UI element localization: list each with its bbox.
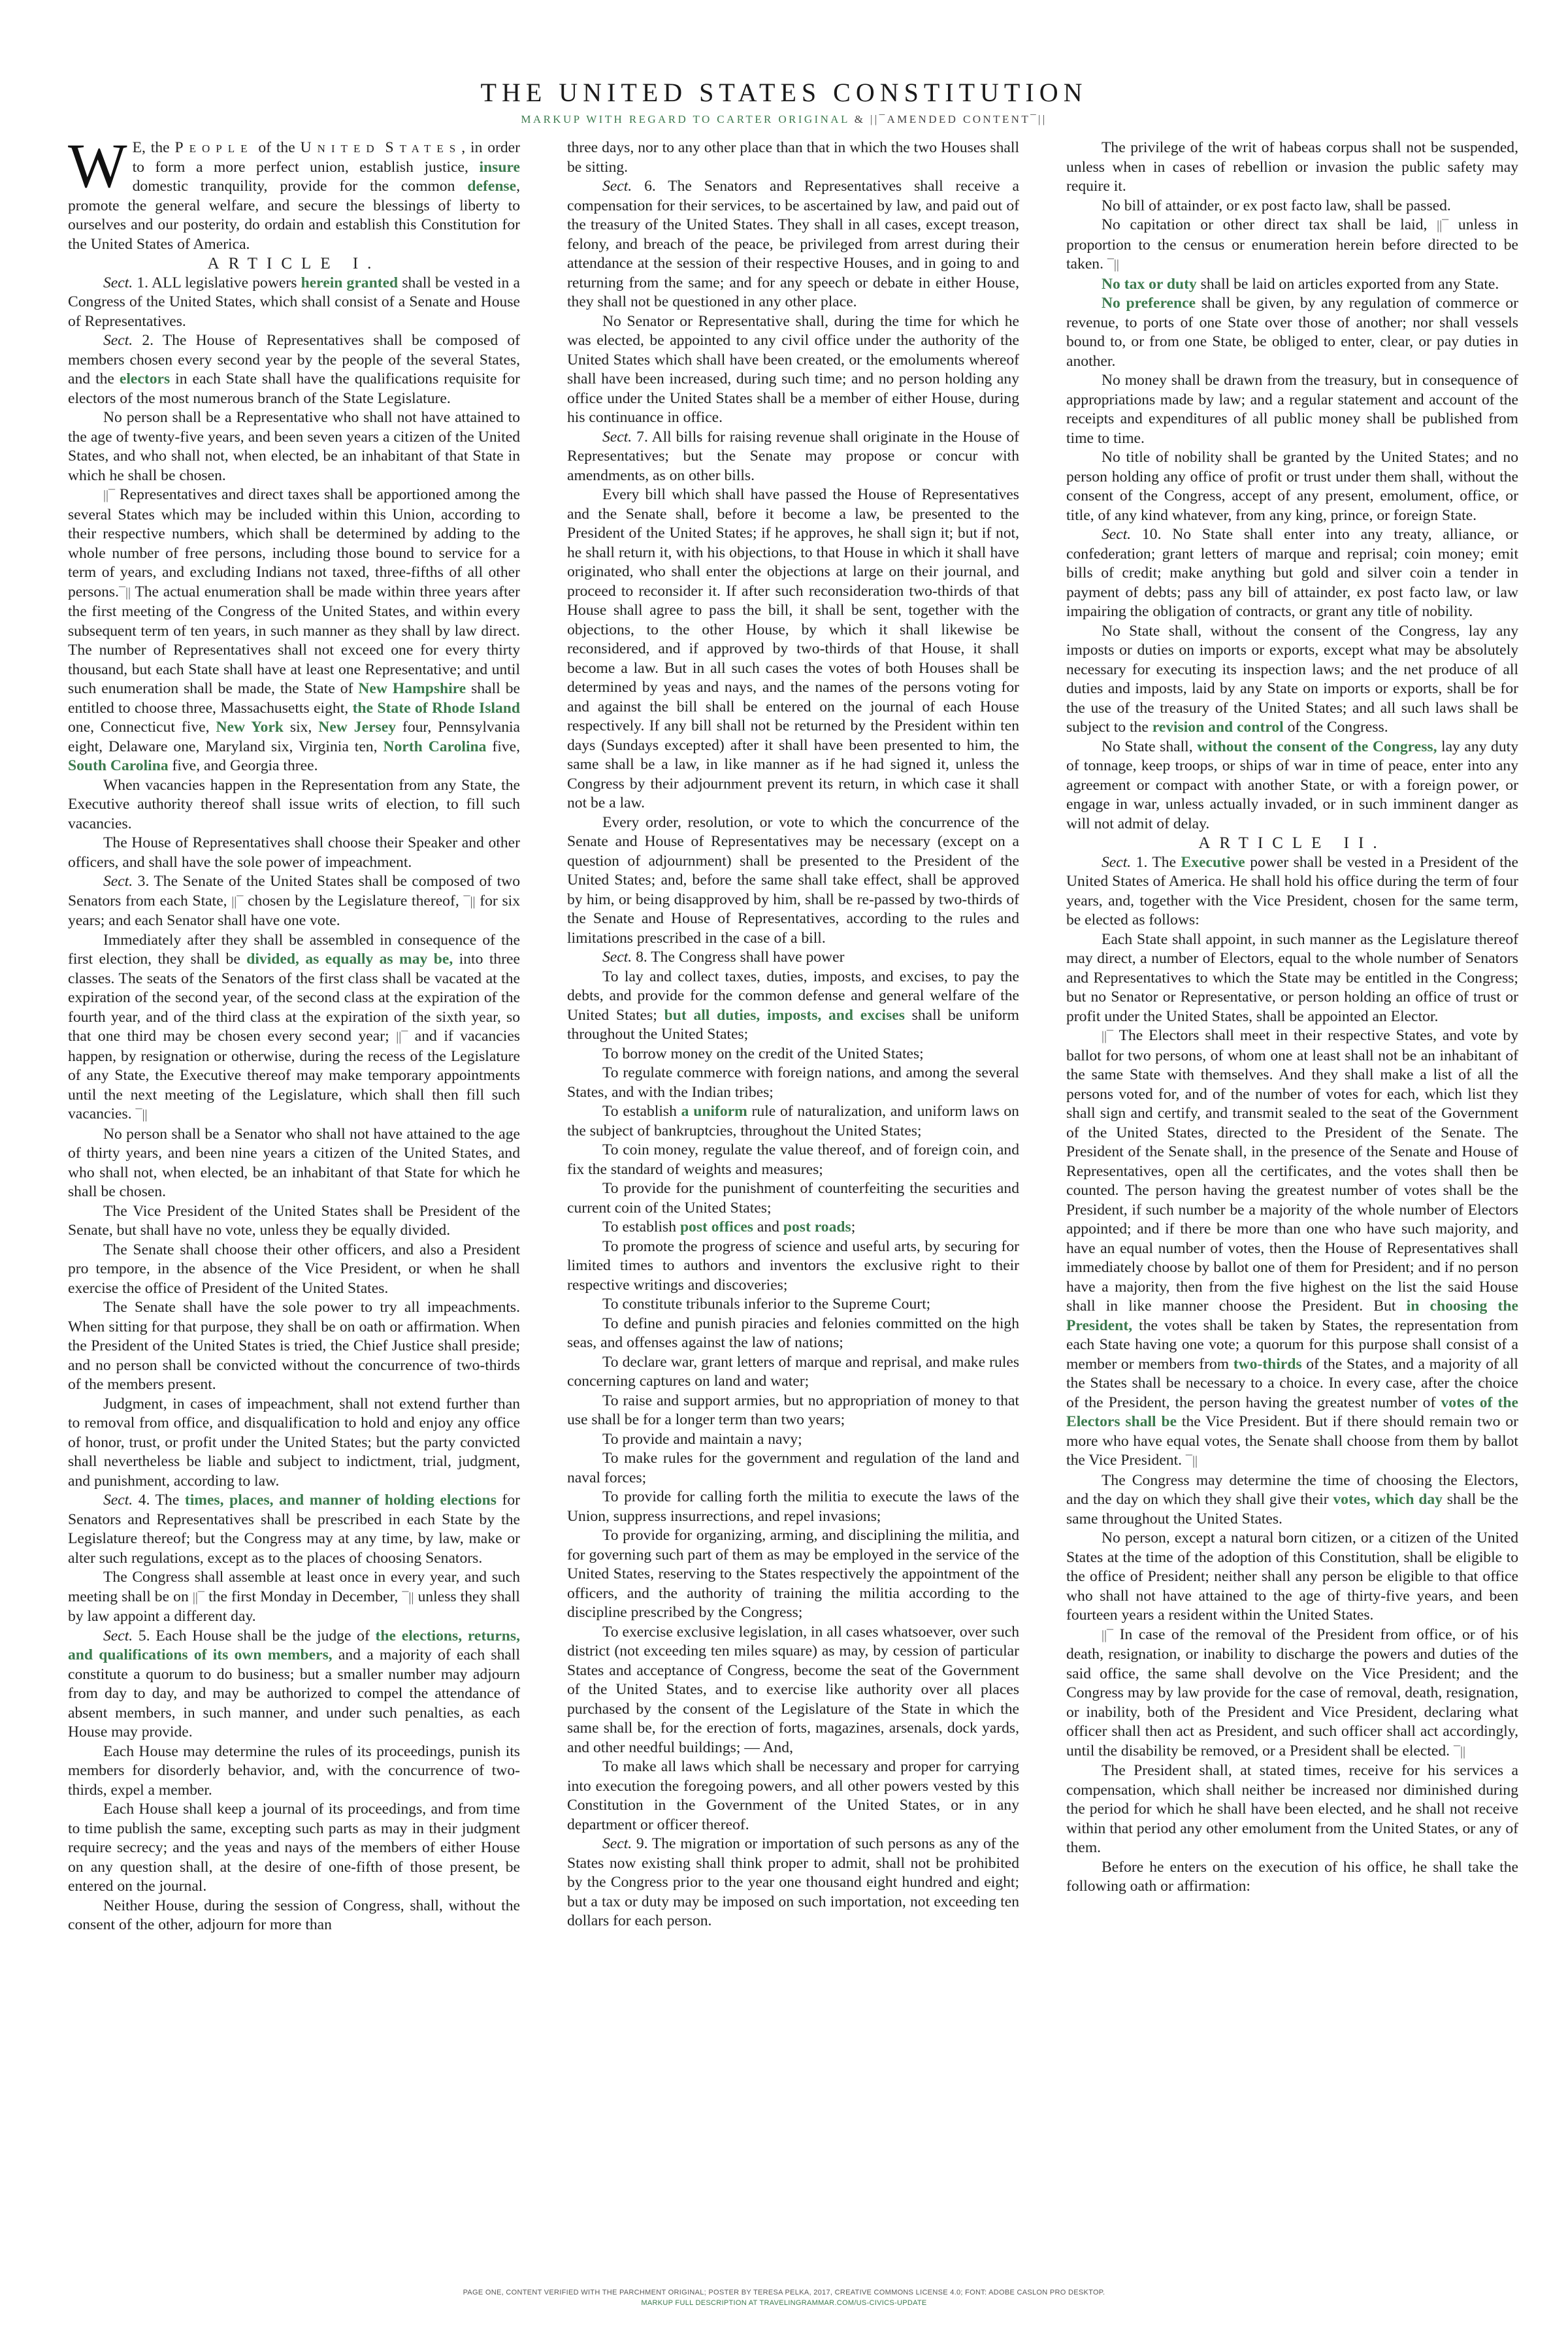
paragraph: To raise and support armies, but no appr… — [567, 1392, 1019, 1430]
highlighted-original-text: two-thirds — [1233, 1356, 1302, 1373]
paragraph: The House of Representatives shall choos… — [68, 834, 520, 872]
paragraph: The Congress shall assemble at least onc… — [68, 1568, 520, 1627]
text-run: Each House may determine the rules of it… — [68, 1743, 520, 1799]
highlighted-original-text: No preference — [1102, 295, 1196, 312]
text-run: No person shall be a Representative who … — [68, 409, 520, 484]
paragraph: ||¯ Representatives and direct taxes sha… — [68, 485, 520, 776]
section-label: Sect. — [602, 1835, 632, 1852]
paragraph: Sect. 3. The Senate of the United States… — [68, 872, 520, 931]
paragraph: To borrow money on the credit of the Uni… — [567, 1045, 1019, 1064]
text-run: Before he enters on the execution of his… — [1066, 1859, 1518, 1895]
amended-marker: ||¯ — [1102, 1628, 1113, 1642]
amended-marker: ||¯ — [1102, 1029, 1113, 1043]
highlighted-original-text: votes, which day — [1333, 1491, 1443, 1508]
paragraph: Before he enters on the execution of his… — [1066, 1858, 1518, 1897]
text-run: Every order, resolution, or vote to whic… — [567, 814, 1019, 947]
article-heading: ARTICLE II. — [1066, 834, 1518, 853]
section-label: Sect. — [602, 949, 632, 966]
paragraph: To make rules for the government and reg… — [567, 1449, 1019, 1488]
section-label: Sect. — [103, 873, 133, 890]
text-run: Judgment, in cases of impeachment, shall… — [68, 1396, 520, 1490]
paragraph: three days, nor to any other place than … — [567, 139, 1019, 177]
text-run: To provide for organizing, arming, and d… — [567, 1527, 1019, 1621]
amended-marker: ¯|| — [463, 894, 475, 909]
paragraph: To provide and maintain a navy; — [567, 1430, 1019, 1450]
paragraph: No capitation or other direct tax shall … — [1066, 216, 1518, 275]
paragraph: No tax or duty shall be laid on articles… — [1066, 275, 1518, 295]
text-run: To promote the progress of science and u… — [567, 1238, 1019, 1294]
subtitle-markup-note: MARKUP WITH REGARD TO CARTER ORIGINAL — [521, 113, 849, 125]
highlighted-original-text: without the consent of the Congress, — [1197, 738, 1437, 755]
paragraph: Each State shall appoint, in such manner… — [1066, 930, 1518, 1027]
text-run: No money shall be drawn from the treasur… — [1066, 372, 1518, 447]
paragraph: The President shall, at stated times, re… — [1066, 1761, 1518, 1858]
text-run: one, Connecticut five, — [68, 719, 216, 736]
paragraph: Sect. 5. Each House shall be the judge o… — [68, 1627, 520, 1742]
text-run: To provide for the punishment of counter… — [567, 1180, 1019, 1217]
paragraph: ||¯ In case of the removal of the Presid… — [1066, 1625, 1518, 1762]
paragraph: Every order, resolution, or vote to whic… — [567, 813, 1019, 949]
column-3: The privilege of the writ of habeas corp… — [1066, 139, 1518, 2275]
paragraph: To provide for the punishment of counter… — [567, 1179, 1019, 1218]
text-run: three days, nor to any other place than … — [567, 139, 1019, 176]
paragraph: Sect. 1. The Executive power shall be ve… — [1066, 853, 1518, 930]
text-run: No capitation or other direct tax shall … — [1102, 216, 1437, 233]
dropcap-letter: W — [68, 141, 127, 191]
highlighted-original-text: Executive — [1181, 854, 1245, 871]
text-run: No title of nobility shall be granted by… — [1066, 449, 1518, 524]
text-run: To provide for calling forth the militia… — [567, 1488, 1019, 1525]
highlighted-original-text: post roads — [783, 1218, 851, 1235]
section-label: Sect. — [1102, 854, 1131, 871]
paragraph: Immediately after they shall be assemble… — [68, 931, 520, 1125]
paragraph: Sect. 9. The migration or importation of… — [567, 1835, 1019, 1931]
column-1: WE, the People of the United States, in … — [68, 139, 520, 2275]
paragraph: Neither House, during the session of Con… — [68, 1897, 520, 1935]
text-run: six, — [284, 719, 318, 736]
text-run: shall be laid on articles exported from … — [1197, 276, 1499, 293]
highlighted-original-text: New Hampshire — [358, 680, 466, 697]
page-title: THE UNITED STATES CONSTITUTION — [0, 77, 1568, 108]
text-run: 8. The Congress shall have power — [632, 949, 844, 966]
column-2: three days, nor to any other place than … — [567, 139, 1019, 2275]
highlighted-original-text: electors — [120, 370, 170, 387]
paragraph: Judgment, in cases of impeachment, shall… — [68, 1395, 520, 1492]
text-run: To establish — [602, 1218, 680, 1235]
section-label: Sect. — [103, 332, 133, 349]
paragraph: To promote the progress of science and u… — [567, 1237, 1019, 1296]
text-run: The Senate shall have the sole power to … — [68, 1299, 520, 1393]
paragraph: To establish a uniform rule of naturaliz… — [567, 1102, 1019, 1141]
paragraph: To regulate commerce with foreign nation… — [567, 1064, 1019, 1102]
paragraph: Sect. 10. No State shall enter into any … — [1066, 525, 1518, 622]
paragraph: Sect. 6. The Senators and Representative… — [567, 177, 1019, 312]
text-run: Neither House, during the session of Con… — [68, 1897, 520, 1934]
paragraph: To make all laws which shall be necessar… — [567, 1757, 1019, 1835]
paragraph: No person shall be a Senator who shall n… — [68, 1125, 520, 1202]
highlighted-original-text: divided, as equally as may be, — [246, 951, 453, 968]
text-run: Every bill which shall have passed the H… — [567, 486, 1019, 811]
text-run: The Electors shall meet in their respect… — [1066, 1027, 1518, 1315]
section-label: Sect. — [103, 274, 133, 291]
text-run: To declare war, grant letters of marque … — [567, 1354, 1019, 1390]
text-run: To borrow money on the credit of the Uni… — [602, 1045, 924, 1062]
paragraph: No person, except a natural born citizen… — [1066, 1529, 1518, 1625]
text-run: No State shall, — [1102, 738, 1197, 755]
highlighted-original-text: a uniform — [681, 1103, 747, 1120]
text-run: The privilege of the writ of habeas corp… — [1066, 139, 1518, 195]
amended-marker: ¯|| — [1454, 1744, 1465, 1759]
highlighted-original-text: defense — [467, 178, 516, 195]
text-run: 4. The — [133, 1492, 185, 1509]
text-run: domestic tranquility, provide for the co… — [133, 178, 468, 195]
highlighted-original-text: No tax or duty — [1102, 276, 1197, 293]
paragraph: Sect. 1. ALL legislative powers herein g… — [68, 274, 520, 332]
preamble: WE, the People of the United States, in … — [68, 139, 520, 254]
text-run: To exercise exclusive legislation, in al… — [567, 1624, 1019, 1756]
paragraph: No bill of attainder, or ex post facto l… — [1066, 197, 1518, 216]
paragraph: No Senator or Representative shall, duri… — [567, 312, 1019, 428]
preamble-text: , in order to form a more perfect union,… — [68, 139, 520, 253]
text-run: No person shall be a Senator who shall n… — [68, 1126, 520, 1201]
amended-marker: ¯|| — [402, 1590, 414, 1605]
page-footer: PAGE ONE, CONTENT VERIFIED WITH THE PARC… — [0, 2289, 1568, 2307]
text-run: 1. The — [1131, 854, 1181, 871]
paragraph: The Congress may determine the time of c… — [1066, 1471, 1518, 1529]
text-run: Each House shall keep a journal of its p… — [68, 1801, 520, 1895]
text-run: 6. The Senators and Representatives shal… — [567, 178, 1019, 310]
amended-marker: ||¯ — [193, 1590, 204, 1605]
paragraph: No State shall, without the consent of t… — [1066, 738, 1518, 834]
text-run: To raise and support armies, but no appr… — [567, 1392, 1019, 1429]
text-run: To coin money, regulate the value thereo… — [567, 1141, 1019, 1178]
paragraph: The Senate shall choose their other offi… — [68, 1241, 520, 1299]
paragraph: The Senate shall have the sole power to … — [68, 1298, 520, 1395]
amended-marker: ¯|| — [119, 585, 131, 600]
amended-marker: ¯|| — [1107, 257, 1119, 272]
paragraph: To exercise exclusive legislation, in al… — [567, 1623, 1019, 1758]
footer-credits: PAGE ONE, CONTENT VERIFIED WITH THE PARC… — [0, 2289, 1568, 2296]
text-run: Each State shall appoint, in such manner… — [1066, 931, 1518, 1025]
section-label: Sect. — [602, 429, 632, 446]
footer-link[interactable]: MARKUP FULL DESCRIPTION AT TRAVELINGRAMM… — [0, 2299, 1568, 2307]
paragraph: No money shall be drawn from the treasur… — [1066, 371, 1518, 448]
text-run: To constitute tribunals inferior to the … — [602, 1296, 930, 1313]
text-run: No bill of attainder, or ex post facto l… — [1102, 197, 1451, 214]
subtitle-amended-legend: & ||¯AMENDED CONTENT¯|| — [849, 113, 1047, 125]
text-run: The Vice President of the United States … — [68, 1203, 520, 1239]
paragraph: When vacancies happen in the Representat… — [68, 776, 520, 834]
text-run: 1. ALL legislative powers — [133, 274, 301, 291]
paragraph: No preference shall be given, by any reg… — [1066, 294, 1518, 371]
paragraph: To declare war, grant letters of marque … — [567, 1353, 1019, 1392]
paragraph: The Vice President of the United States … — [68, 1202, 520, 1241]
text-run: In case of the removal of the President … — [1066, 1626, 1518, 1759]
text-run: the first Monday in December, — [204, 1588, 402, 1605]
paragraph: Sect. 4. The times, places, and manner o… — [68, 1491, 520, 1568]
paragraph: To coin money, regulate the value thereo… — [567, 1141, 1019, 1179]
highlighted-original-text: South Carolina — [68, 757, 169, 774]
amended-marker: ¯|| — [136, 1107, 148, 1122]
paragraph: Sect. 2. The House of Representatives sh… — [68, 331, 520, 408]
text-run: The House of Representatives shall choos… — [68, 834, 520, 871]
paragraph: Each House shall keep a journal of its p… — [68, 1800, 520, 1897]
text-run: five, — [486, 738, 520, 755]
text-run: chosen by the Legislature thereof, — [243, 892, 463, 909]
amended-marker: ||¯ — [103, 488, 115, 502]
paragraph: No title of nobility shall be granted by… — [1066, 448, 1518, 525]
paragraph: Every bill which shall have passed the H… — [567, 485, 1019, 813]
highlighted-original-text: herein granted — [301, 274, 399, 291]
section-label: Sect. — [1102, 526, 1131, 543]
text-run: five, and Georgia three. — [169, 757, 318, 774]
text-run: No person, except a natural born citizen… — [1066, 1529, 1518, 1624]
paragraph: To establish post offices and post roads… — [567, 1218, 1019, 1237]
article-heading: ARTICLE I. — [68, 254, 520, 274]
text-run: 5. Each House shall be the judge of — [133, 1627, 375, 1644]
text-run: of the Congress. — [1284, 719, 1388, 736]
highlighted-original-text: post offices — [680, 1218, 753, 1235]
paragraph: No person shall be a Representative who … — [68, 408, 520, 485]
section-label: Sect. — [103, 1627, 133, 1644]
section-label: Sect. — [103, 1492, 133, 1509]
text-run: ; — [851, 1218, 856, 1235]
text-columns: WE, the People of the United States, in … — [68, 139, 1518, 2275]
highlighted-original-text: insure — [480, 159, 521, 176]
highlighted-original-text: New Jersey — [318, 719, 396, 736]
paragraph: No State shall, without the consent of t… — [1066, 622, 1518, 738]
text-run: 10. No State shall enter into any treaty… — [1066, 526, 1518, 620]
text-run: To regulate commerce with foreign nation… — [567, 1064, 1019, 1101]
amended-marker: ||¯ — [231, 894, 243, 909]
text-run: 7. All bills for raising revenue shall o… — [567, 429, 1019, 484]
paragraph: The privilege of the writ of habeas corp… — [1066, 139, 1518, 197]
highlighted-original-text: times, places, and manner of holding ele… — [185, 1492, 497, 1509]
highlighted-original-text: the State of Rhode Island — [353, 700, 520, 717]
text-run: To make all laws which shall be necessar… — [567, 1758, 1019, 1833]
text-run: The Senate shall choose their other offi… — [68, 1241, 520, 1297]
section-label: Sect. — [602, 178, 632, 195]
text-run: and — [753, 1218, 783, 1235]
highlighted-original-text: revision and control — [1152, 719, 1284, 736]
paragraph: Sect. 8. The Congress shall have power — [567, 948, 1019, 968]
text-run: The President shall, at stated times, re… — [1066, 1762, 1518, 1856]
highlighted-original-text: North Carolina — [383, 738, 486, 755]
text-run: To establish — [602, 1103, 681, 1120]
text-run: When vacancies happen in the Representat… — [68, 777, 520, 832]
amended-marker: ||¯ — [1437, 218, 1448, 233]
paragraph: To lay and collect taxes, duties, impost… — [567, 968, 1019, 1045]
page-header: THE UNITED STATES CONSTITUTION MARKUP WI… — [0, 77, 1568, 126]
text-run: To make rules for the government and reg… — [567, 1450, 1019, 1486]
text-run: To define and punish piracies and feloni… — [567, 1315, 1019, 1352]
paragraph: To constitute tribunals inferior to the … — [567, 1295, 1019, 1315]
text-run: No Senator or Representative shall, duri… — [567, 313, 1019, 427]
highlighted-original-text: New York — [216, 719, 283, 736]
text-run: To provide and maintain a navy; — [602, 1431, 802, 1448]
text-run: 9. The migration or importation of such … — [567, 1835, 1019, 1929]
paragraph: ||¯ The Electors shall meet in their res… — [1066, 1026, 1518, 1471]
page-subtitle: MARKUP WITH REGARD TO CARTER ORIGINAL & … — [0, 113, 1568, 126]
paragraph: Each House may determine the rules of it… — [68, 1742, 520, 1801]
highlighted-original-text: but all duties, imposts, and excises — [664, 1007, 905, 1024]
paragraph: To define and punish piracies and feloni… — [567, 1315, 1019, 1353]
paragraph: To provide for organizing, arming, and d… — [567, 1526, 1019, 1623]
paragraph: To provide for calling forth the militia… — [567, 1488, 1019, 1526]
paragraph: Sect. 7. All bills for raising revenue s… — [567, 428, 1019, 486]
amended-marker: ¯|| — [1186, 1454, 1198, 1468]
amended-marker: ||¯ — [396, 1030, 408, 1044]
